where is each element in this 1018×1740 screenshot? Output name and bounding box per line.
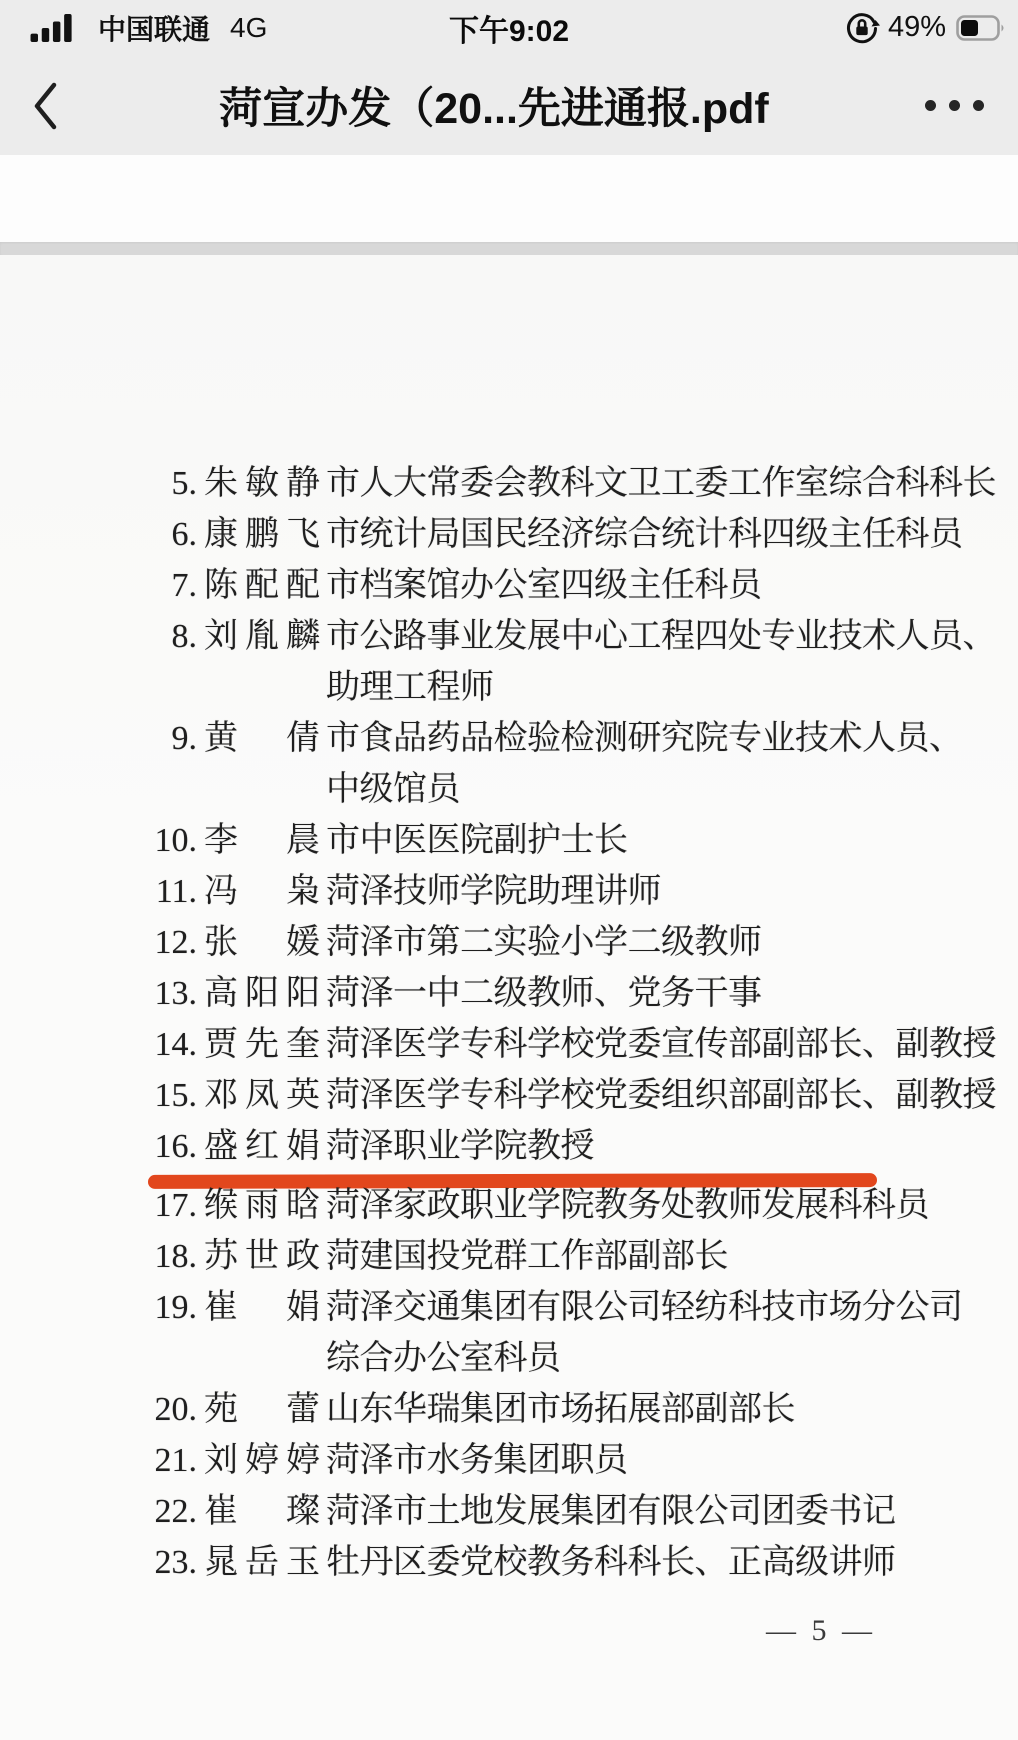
entry-title: 菏泽医学专科学校党委组织部副部长、副教授 [326,1070,996,1121]
entry-name: 刘婷婷 [204,1435,320,1486]
pdf-page-previous-bottom[interactable] [0,155,1018,242]
entry-number: 13. [0,968,197,1019]
entry-title-line: 助理工程师 [326,662,996,713]
entry-title-line: 市公路事业发展中心工程四处专业技术人员、 [326,611,996,662]
nav-bar: 菏宣办发（20...先进通报.pdf [0,55,1018,155]
entry-title: 市统计局国民经济综合统计科四级主任科员 [326,509,963,560]
list-item: 5. 朱敏静 市人大常委会教科文卫工委工作室综合科科长 [0,458,1018,509]
list-item: 15. 邓凤英 菏泽医学专科学校党委组织部副部长、副教授 [0,1070,1018,1121]
entry-title: 菏泽职业学院教授 [326,1121,594,1172]
entry-title-line: 市食品药品检验检测研究院专业技术人员、 [326,713,963,764]
entry-number: 9. [0,713,197,764]
entry-number: 19. [0,1282,197,1333]
entry-title-line: 中级馆员 [326,764,963,815]
entry-title-line: 市中医医院副护士长 [326,815,628,866]
document-title: 菏宣办发（20...先进通报.pdf [90,55,898,155]
entry-number: 7. [0,560,197,611]
more-button[interactable] [925,55,984,155]
entry-title: 菏泽技师学院助理讲师 [326,866,661,917]
top-chrome: 中国联通 4G 下午9:02 49% [0,0,1018,155]
entry-number: 5. [0,458,197,509]
entry-title-line: 菏泽市土地发展集团有限公司团委书记 [326,1486,896,1537]
entry-number: 14. [0,1019,197,1070]
list-item: 14. 贾先奎 菏泽医学专科学校党委宣传部副部长、副教授 [0,1019,1018,1070]
list-item: 18. 苏世政 菏建国投党群工作部副部长 [0,1231,1018,1282]
list-item: 22. 崔 璨 菏泽市土地发展集团有限公司团委书记 [0,1486,1018,1537]
list-item: 20. 苑 蕾 山东华瑞集团市场拓展部副部长 [0,1384,1018,1435]
entry-name: 苏世政 [204,1231,320,1282]
orientation-lock-icon [844,10,880,46]
list-item: 8. 刘胤麟 市公路事业发展中心工程四处专业技术人员、助理工程师 [0,611,1018,713]
entry-number: 21. [0,1435,197,1486]
battery-icon [956,14,1006,42]
entry-number: 15. [0,1070,197,1121]
entry-name: 陈配配 [204,560,320,611]
entry-title-line: 综合办公室科员 [326,1333,963,1384]
entry-title: 菏泽一中二级教师、党务干事 [326,968,762,1019]
entry-title: 菏建国投党群工作部副部长 [326,1231,728,1282]
page-separator [0,242,1018,255]
entry-title: 市中医医院副护士长 [326,815,628,866]
entry-number: 8. [0,611,197,662]
list-item: 21. 刘婷婷 菏泽市水务集团职员 [0,1435,1018,1486]
list-item: 7. 陈配配 市档案馆办公室四级主任科员 [0,560,1018,611]
list-item: 17. 缑雨晗 菏泽家政职业学院教务处教师发展科科员 [0,1180,1018,1231]
list-item: 12. 张 媛 菏泽市第二实验小学二级教师 [0,917,1018,968]
roster-list: 5. 朱敏静 市人大常委会教科文卫工委工作室综合科科长 6. 康鹏飞 市统计局国… [0,458,1018,1588]
entry-title: 市食品药品检验检测研究院专业技术人员、中级馆员 [326,713,963,815]
entry-title: 菏泽市土地发展集团有限公司团委书记 [326,1486,896,1537]
status-bar: 中国联通 4G 下午9:02 49% [0,0,1018,55]
entry-number: 6. [0,509,197,560]
entry-number: 18. [0,1231,197,1282]
entry-title: 菏泽市水务集团职员 [326,1435,628,1486]
entry-title-line: 牡丹区委党校教务科科长、正高级讲师 [326,1537,896,1588]
entry-title-line: 菏泽医学专科学校党委组织部副部长、副教授 [326,1070,996,1121]
entry-name: 晁岳玉 [204,1537,320,1588]
entry-title: 牡丹区委党校教务科科长、正高级讲师 [326,1537,896,1588]
list-item: 19. 崔 娟 菏泽交通集团有限公司轻纺科技市场分公司综合办公室科员 [0,1282,1018,1384]
entry-name: 崔 璨 [204,1486,320,1537]
entry-title-line: 市人大常委会教科文卫工委工作室综合科科长 [326,458,996,509]
entry-title: 菏泽家政职业学院教务处教师发展科科员 [326,1180,929,1231]
list-item: 6. 康鹏飞 市统计局国民经济综合统计科四级主任科员 [0,509,1018,560]
entry-title-line: 菏泽家政职业学院教务处教师发展科科员 [326,1180,929,1231]
entry-name: 朱敏静 [204,458,320,509]
entry-title-line: 菏泽医学专科学校党委宣传部副部长、副教授 [326,1019,996,1070]
entry-number: 16. [0,1121,197,1172]
entry-title-line: 菏建国投党群工作部副部长 [326,1231,728,1282]
list-item: 9. 黄 倩 市食品药品检验检测研究院专业技术人员、中级馆员 [0,713,1018,815]
entry-title-line: 菏泽技师学院助理讲师 [326,866,661,917]
entry-name: 高阳阳 [204,968,320,1019]
entry-number: 17. [0,1180,197,1231]
entry-number: 10. [0,815,197,866]
entry-title-line: 菏泽职业学院教授 [326,1121,594,1172]
back-button[interactable] [28,81,62,131]
entry-title-line: 菏泽一中二级教师、党务干事 [326,968,762,1019]
entry-title-line: 山东华瑞集团市场拓展部副部长 [326,1384,795,1435]
entry-number: 23. [0,1537,197,1588]
entry-title: 菏泽交通集团有限公司轻纺科技市场分公司综合办公室科员 [326,1282,963,1384]
ellipsis-icon [925,100,936,111]
entry-number: 12. [0,917,197,968]
entry-name: 黄 倩 [204,713,320,764]
entry-title: 山东华瑞集团市场拓展部副部长 [326,1384,795,1435]
entry-title: 市人大常委会教科文卫工委工作室综合科科长 [326,458,996,509]
entry-name: 李 晨 [204,815,320,866]
battery-percent-label: 49% [888,11,946,44]
entry-name: 冯 枭 [204,866,320,917]
entry-name: 盛红娟 [204,1121,320,1172]
entry-number: 11. [0,866,197,917]
entry-name: 苑 蕾 [204,1384,320,1435]
entry-name: 刘胤麟 [204,611,320,662]
entry-title-line: 市档案馆办公室四级主任科员 [326,560,762,611]
entry-title-line: 市统计局国民经济综合统计科四级主任科员 [326,509,963,560]
entry-number: 22. [0,1486,197,1537]
list-item: 23. 晁岳玉 牡丹区委党校教务科科长、正高级讲师 [0,1537,1018,1588]
entry-title: 市公路事业发展中心工程四处专业技术人员、助理工程师 [326,611,996,713]
entry-name: 邓凤英 [204,1070,320,1121]
entry-name: 缑雨晗 [204,1180,320,1231]
entry-name: 崔 娟 [204,1282,320,1333]
entry-title-line: 菏泽交通集团有限公司轻纺科技市场分公司 [326,1282,963,1333]
list-item: 13. 高阳阳 菏泽一中二级教师、党务干事 [0,968,1018,1019]
entry-name: 康鹏飞 [204,509,320,560]
page-number: — 5 — [766,1614,876,1648]
entry-number: 20. [0,1384,197,1435]
entry-title: 市档案馆办公室四级主任科员 [326,560,762,611]
chevron-left-icon [30,80,60,132]
entry-title: 菏泽市第二实验小学二级教师 [326,917,762,968]
list-item: 10. 李 晨 市中医医院副护士长 [0,815,1018,866]
entry-name: 贾先奎 [204,1019,320,1070]
entry-name: 张 媛 [204,917,320,968]
list-item: 11. 冯 枭 菏泽技师学院助理讲师 [0,866,1018,917]
entry-title-line: 菏泽市第二实验小学二级教师 [326,917,762,968]
entry-title: 菏泽医学专科学校党委宣传部副部长、副教授 [326,1019,996,1070]
entry-title-line: 菏泽市水务集团职员 [326,1435,628,1486]
list-item: 16. 盛红娟 菏泽职业学院教授 [0,1121,1018,1172]
